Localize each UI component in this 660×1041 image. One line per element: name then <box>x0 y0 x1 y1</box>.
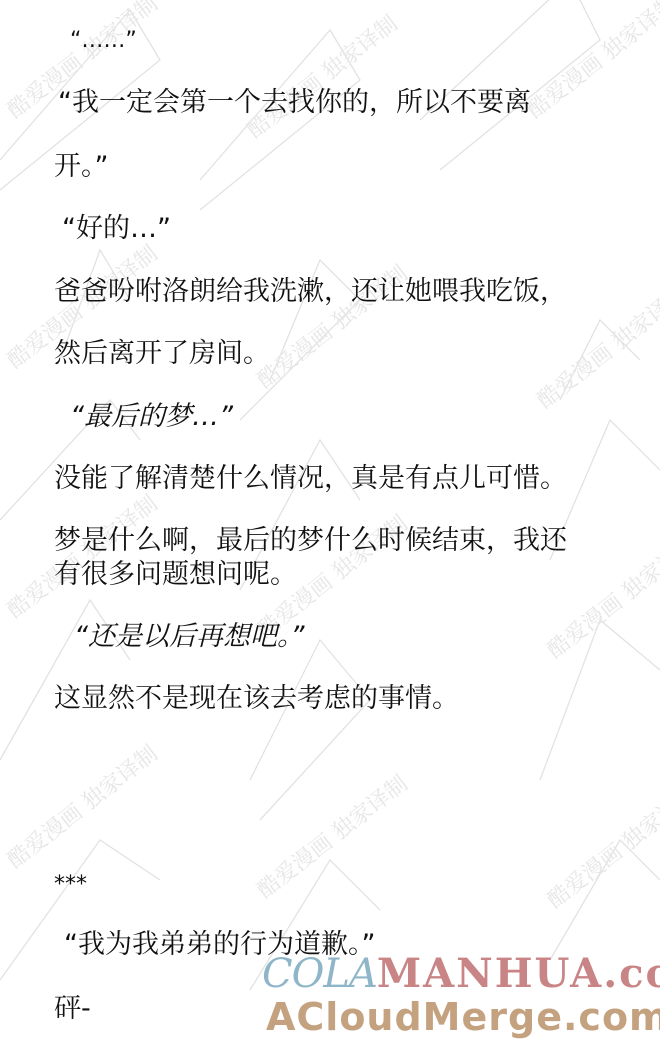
paragraph-thought: “还是以后再想吧。” <box>74 620 304 654</box>
paragraph: 然后离开了房间。 <box>54 337 270 371</box>
watermark-text: 酷爱漫画 独家译制 <box>250 767 413 904</box>
watermark-text: 酷爱漫画 独家译制 <box>240 7 403 144</box>
acloudmerge-watermark: ACloudMerge.com <box>266 996 660 1038</box>
paragraph: “我一定会第一个去找你的，所以不要离 <box>58 86 531 120</box>
paragraph: 这显然不是现在该去考虑的事情。 <box>54 682 459 716</box>
paragraph: 没能了解清楚什么情况，真是有点儿可惜。 <box>54 462 567 496</box>
manhua-text: MANHUA.com <box>377 950 660 997</box>
paragraph: 梦是什么啊，最后的梦什么时候结束，我还 <box>54 524 567 558</box>
paragraph: “好的…” <box>62 212 171 246</box>
paragraph: 有很多问题想问呢。 <box>54 558 297 592</box>
watermark-text: 酷爱漫画 独家译制 <box>0 737 163 874</box>
paragraph-ellipsis: “……” <box>70 24 137 58</box>
paragraph: 爸爸吩咐洛朗给我洗漱，还让她喂我吃饭， <box>54 275 567 309</box>
scene-break: *** <box>54 868 87 902</box>
paragraph-thought: “最后的梦…” <box>70 400 233 434</box>
cola-text: COLA <box>262 951 377 997</box>
watermark-text: 酷爱漫画 独家译制 <box>520 0 660 124</box>
colamanhua-watermark: COLAMANHUA.com <box>262 952 660 996</box>
paragraph: 开。” <box>54 150 109 184</box>
watermark-text: 酷爱漫画 独家译制 <box>540 777 660 914</box>
paragraph-sound-effect: 砰- <box>54 992 91 1026</box>
